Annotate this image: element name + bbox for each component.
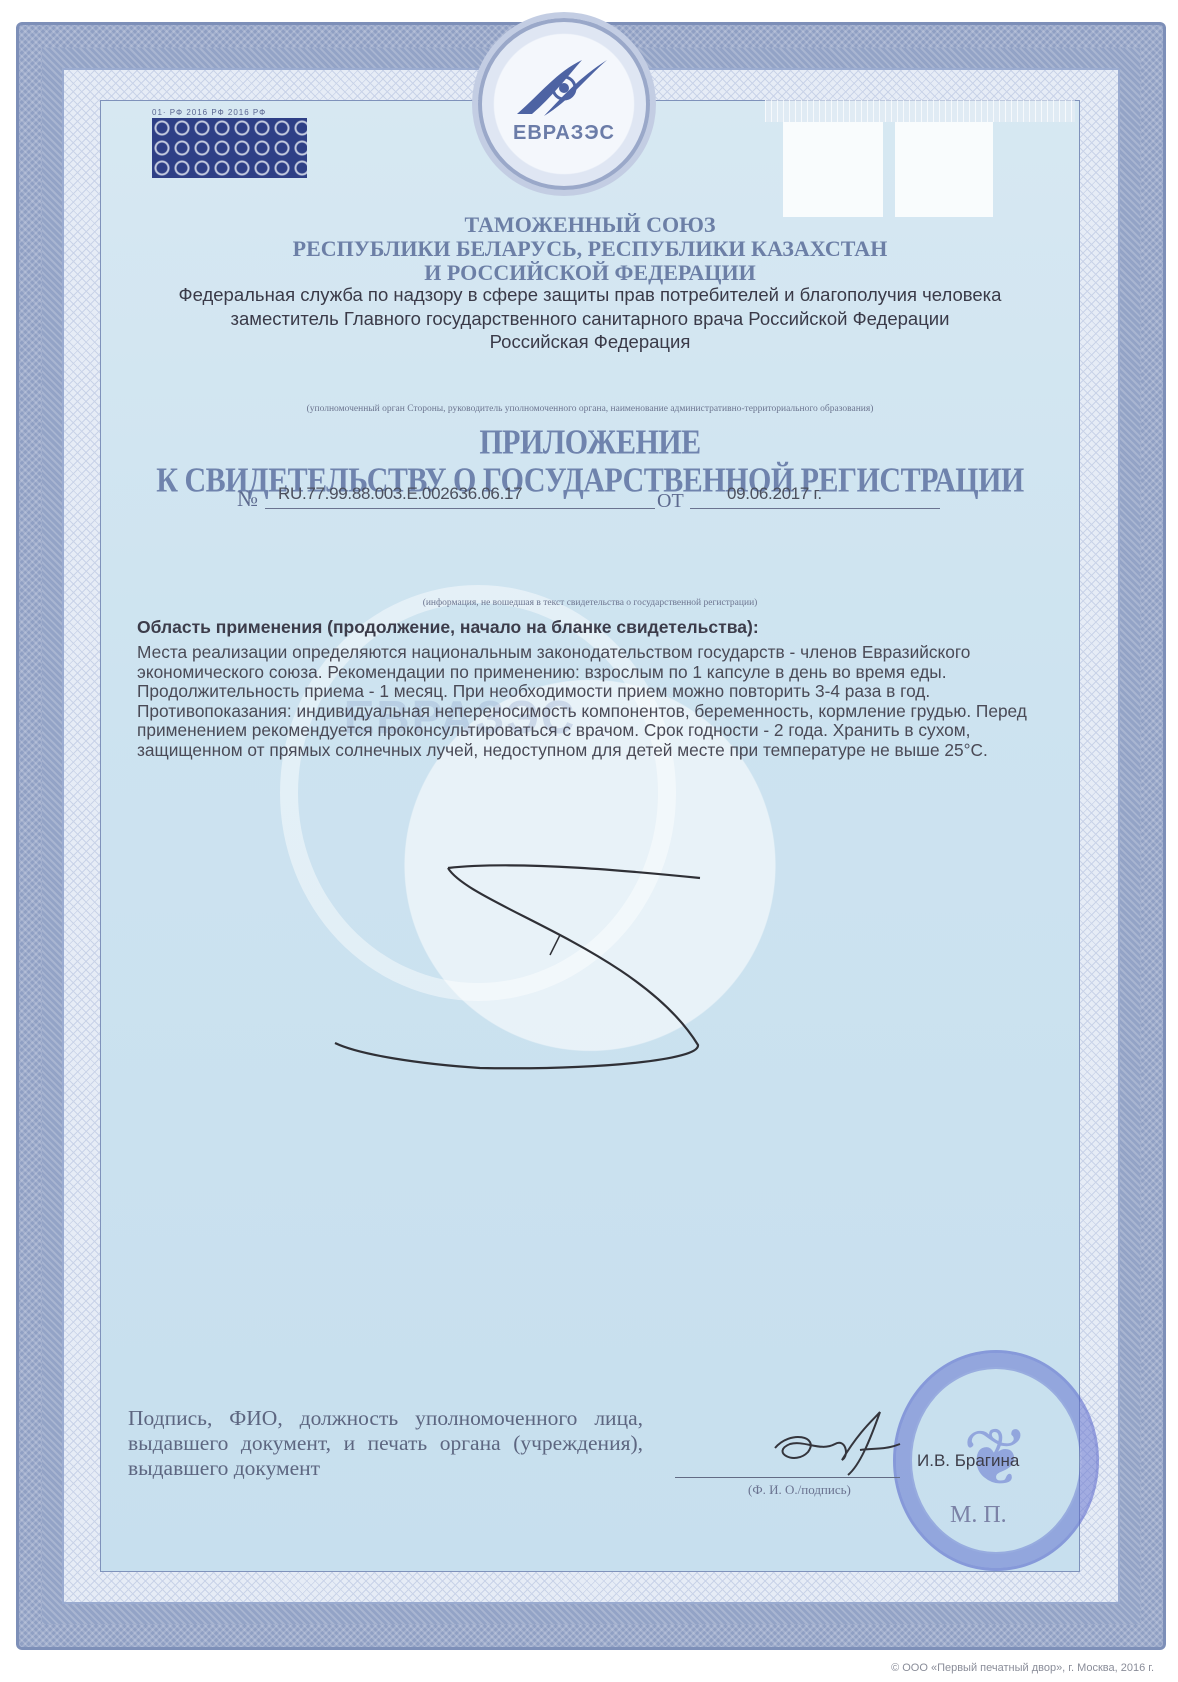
security-blank-box-1 [783,122,883,217]
hologram-sticker [152,118,307,178]
registration-date-label: от [657,490,684,513]
signature-caption: (Ф. И. О./подпись) [748,1482,851,1498]
registration-number-label: № [237,486,258,512]
registration-number: RU.77.99.88.003.E.002636.06.17 [278,484,522,504]
footer-copyright: © ООО «Первый печатный двор», г. Москва,… [891,1662,1154,1674]
hologram-code: 01· РФ 2016 РФ 2016 РФ [152,108,307,117]
eurasec-swoosh-icon [512,52,612,122]
header-line-3: И РОССИЙСКОЙ ФЕДЕРАЦИИ [120,260,1060,286]
emblem-label: ЕВРАЗЭС [482,122,646,145]
title-line-1: ПРИЛОЖЕНИЕ [110,423,1070,462]
scope-text: Места реализации определяются национальн… [137,643,1035,761]
signer-label: Подпись, ФИО, должность уполномоченного … [128,1406,643,1481]
eurasec-emblem: ЕВРАЗЭС [478,18,650,190]
authority-line-2: заместитель Главного государственного са… [120,308,1060,330]
authority-line-1: Федеральная служба по надзору в сфере за… [120,284,1060,306]
registration-caption: (информация, не вошедшая в текст свидете… [120,598,1060,608]
registration-date-line [690,508,940,509]
seal-mark: М. П. [950,1502,1007,1529]
security-blank-box-2 [895,122,993,217]
authority-line-3: Российская Федерация [120,331,1060,353]
registration-date: 09.06.2017 г. [727,484,822,504]
authority-caption: (уполномоченный орган Стороны, руководит… [120,404,1060,414]
signer-name: И.В. Брагина [917,1451,1019,1471]
header-line-1: ТАМОЖЕННЫЙ СОЮЗ [120,212,1060,238]
registration-number-line [265,508,655,509]
signature-line [675,1477,900,1478]
header-line-2: РЕСПУБЛИКИ БЕЛАРУСЬ, РЕСПУБЛИКИ КАЗАХСТА… [120,236,1060,262]
security-grid-strip [765,100,1075,122]
scope-title: Область применения (продолжение, начало … [137,617,759,638]
